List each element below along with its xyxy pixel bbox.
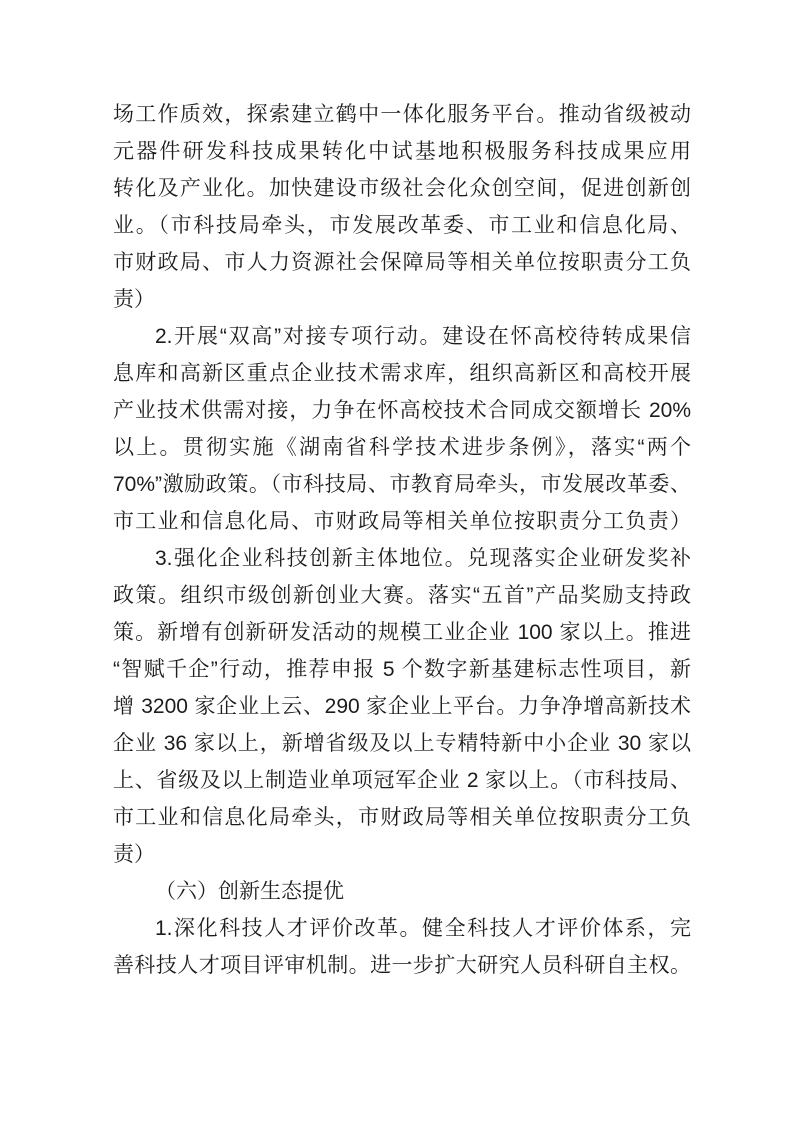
text-line: 70%”激励政策。（市科技局、市教育局牵头，市发展改革委、 xyxy=(113,466,691,503)
text-line: 责） xyxy=(113,836,691,873)
paragraph-continuation: 场工作质效，探索建立鹤中一体化服务平台。推动省级被动 元器件研发科技成果转化中试… xyxy=(113,96,691,318)
section-heading: （六）创新生态提优 xyxy=(113,873,691,910)
text-line: 政策。组织市级创新创业大赛。落实“五首”产品奖励支持政 xyxy=(113,577,691,614)
paragraph-item-3: 3.强化企业科技创新主体地位。兑现落实企业研发奖补 政策。组织市级创新创业大赛。… xyxy=(113,540,691,873)
text-line: 业。（市科技局牵头，市发展改革委、市工业和信息化局、 xyxy=(113,207,691,244)
text-line: 1.深化科技人才评价改革。健全科技人才评价体系，完 xyxy=(113,910,691,947)
text-line: 市财政局、市人力资源社会保障局等相关单位按职责分工负 xyxy=(113,244,691,281)
text-line: 责） xyxy=(113,281,691,318)
text-line: 增 3200 家企业上云、290 家企业上平台。力争净增高新技术 xyxy=(113,688,691,725)
text-line: 上、省级及以上制造业单项冠军企业 2 家以上。（市科技局、 xyxy=(113,762,691,799)
text-line: 以上。贯彻实施《湖南省科学技术进步条例》，落实“两个 xyxy=(113,429,691,466)
document-text-block: 场工作质效，探索建立鹤中一体化服务平台。推动省级被动 元器件研发科技成果转化中试… xyxy=(113,96,691,984)
document-page: 场工作质效，探索建立鹤中一体化服务平台。推动省级被动 元器件研发科技成果转化中试… xyxy=(0,0,793,1122)
paragraph-item-2: 2.开展“双高”对接专项行动。建设在怀高校待转成果信 息库和高新区重点企业技术需… xyxy=(113,318,691,540)
text-line: 转化及产业化。加快建设市级社会化众创空间，促进创新创 xyxy=(113,170,691,207)
text-line: 息库和高新区重点企业技术需求库，组织高新区和高校开展 xyxy=(113,355,691,392)
text-line: 企业 36 家以上，新增省级及以上专精特新中小企业 30 家以 xyxy=(113,725,691,762)
text-line: 市工业和信息化局牵头，市财政局等相关单位按职责分工负 xyxy=(113,799,691,836)
text-line: 2.开展“双高”对接专项行动。建设在怀高校待转成果信 xyxy=(113,318,691,355)
text-line: 场工作质效，探索建立鹤中一体化服务平台。推动省级被动 xyxy=(113,96,691,133)
section-heading-text: （六）创新生态提优 xyxy=(113,873,691,910)
text-line: 产业技术供需对接，力争在怀高校技术合同成交额增长 20% xyxy=(113,392,691,429)
text-line: “智赋千企”行动，推荐申报 5 个数字新基建标志性项目，新 xyxy=(113,651,691,688)
text-line: 元器件研发科技成果转化中试基地积极服务科技成果应用 xyxy=(113,133,691,170)
paragraph-item-1-talent: 1.深化科技人才评价改革。健全科技人才评价体系，完 善科技人才项目评审机制。进一… xyxy=(113,910,691,984)
text-line: 市工业和信息化局、市财政局等相关单位按职责分工负责） xyxy=(113,503,691,540)
text-line: 善科技人才项目评审机制。进一步扩大研究人员科研自主权。 xyxy=(113,947,691,984)
text-line: 3.强化企业科技创新主体地位。兑现落实企业研发奖补 xyxy=(113,540,691,577)
text-line: 策。新增有创新研发活动的规模工业企业 100 家以上。推进 xyxy=(113,614,691,651)
